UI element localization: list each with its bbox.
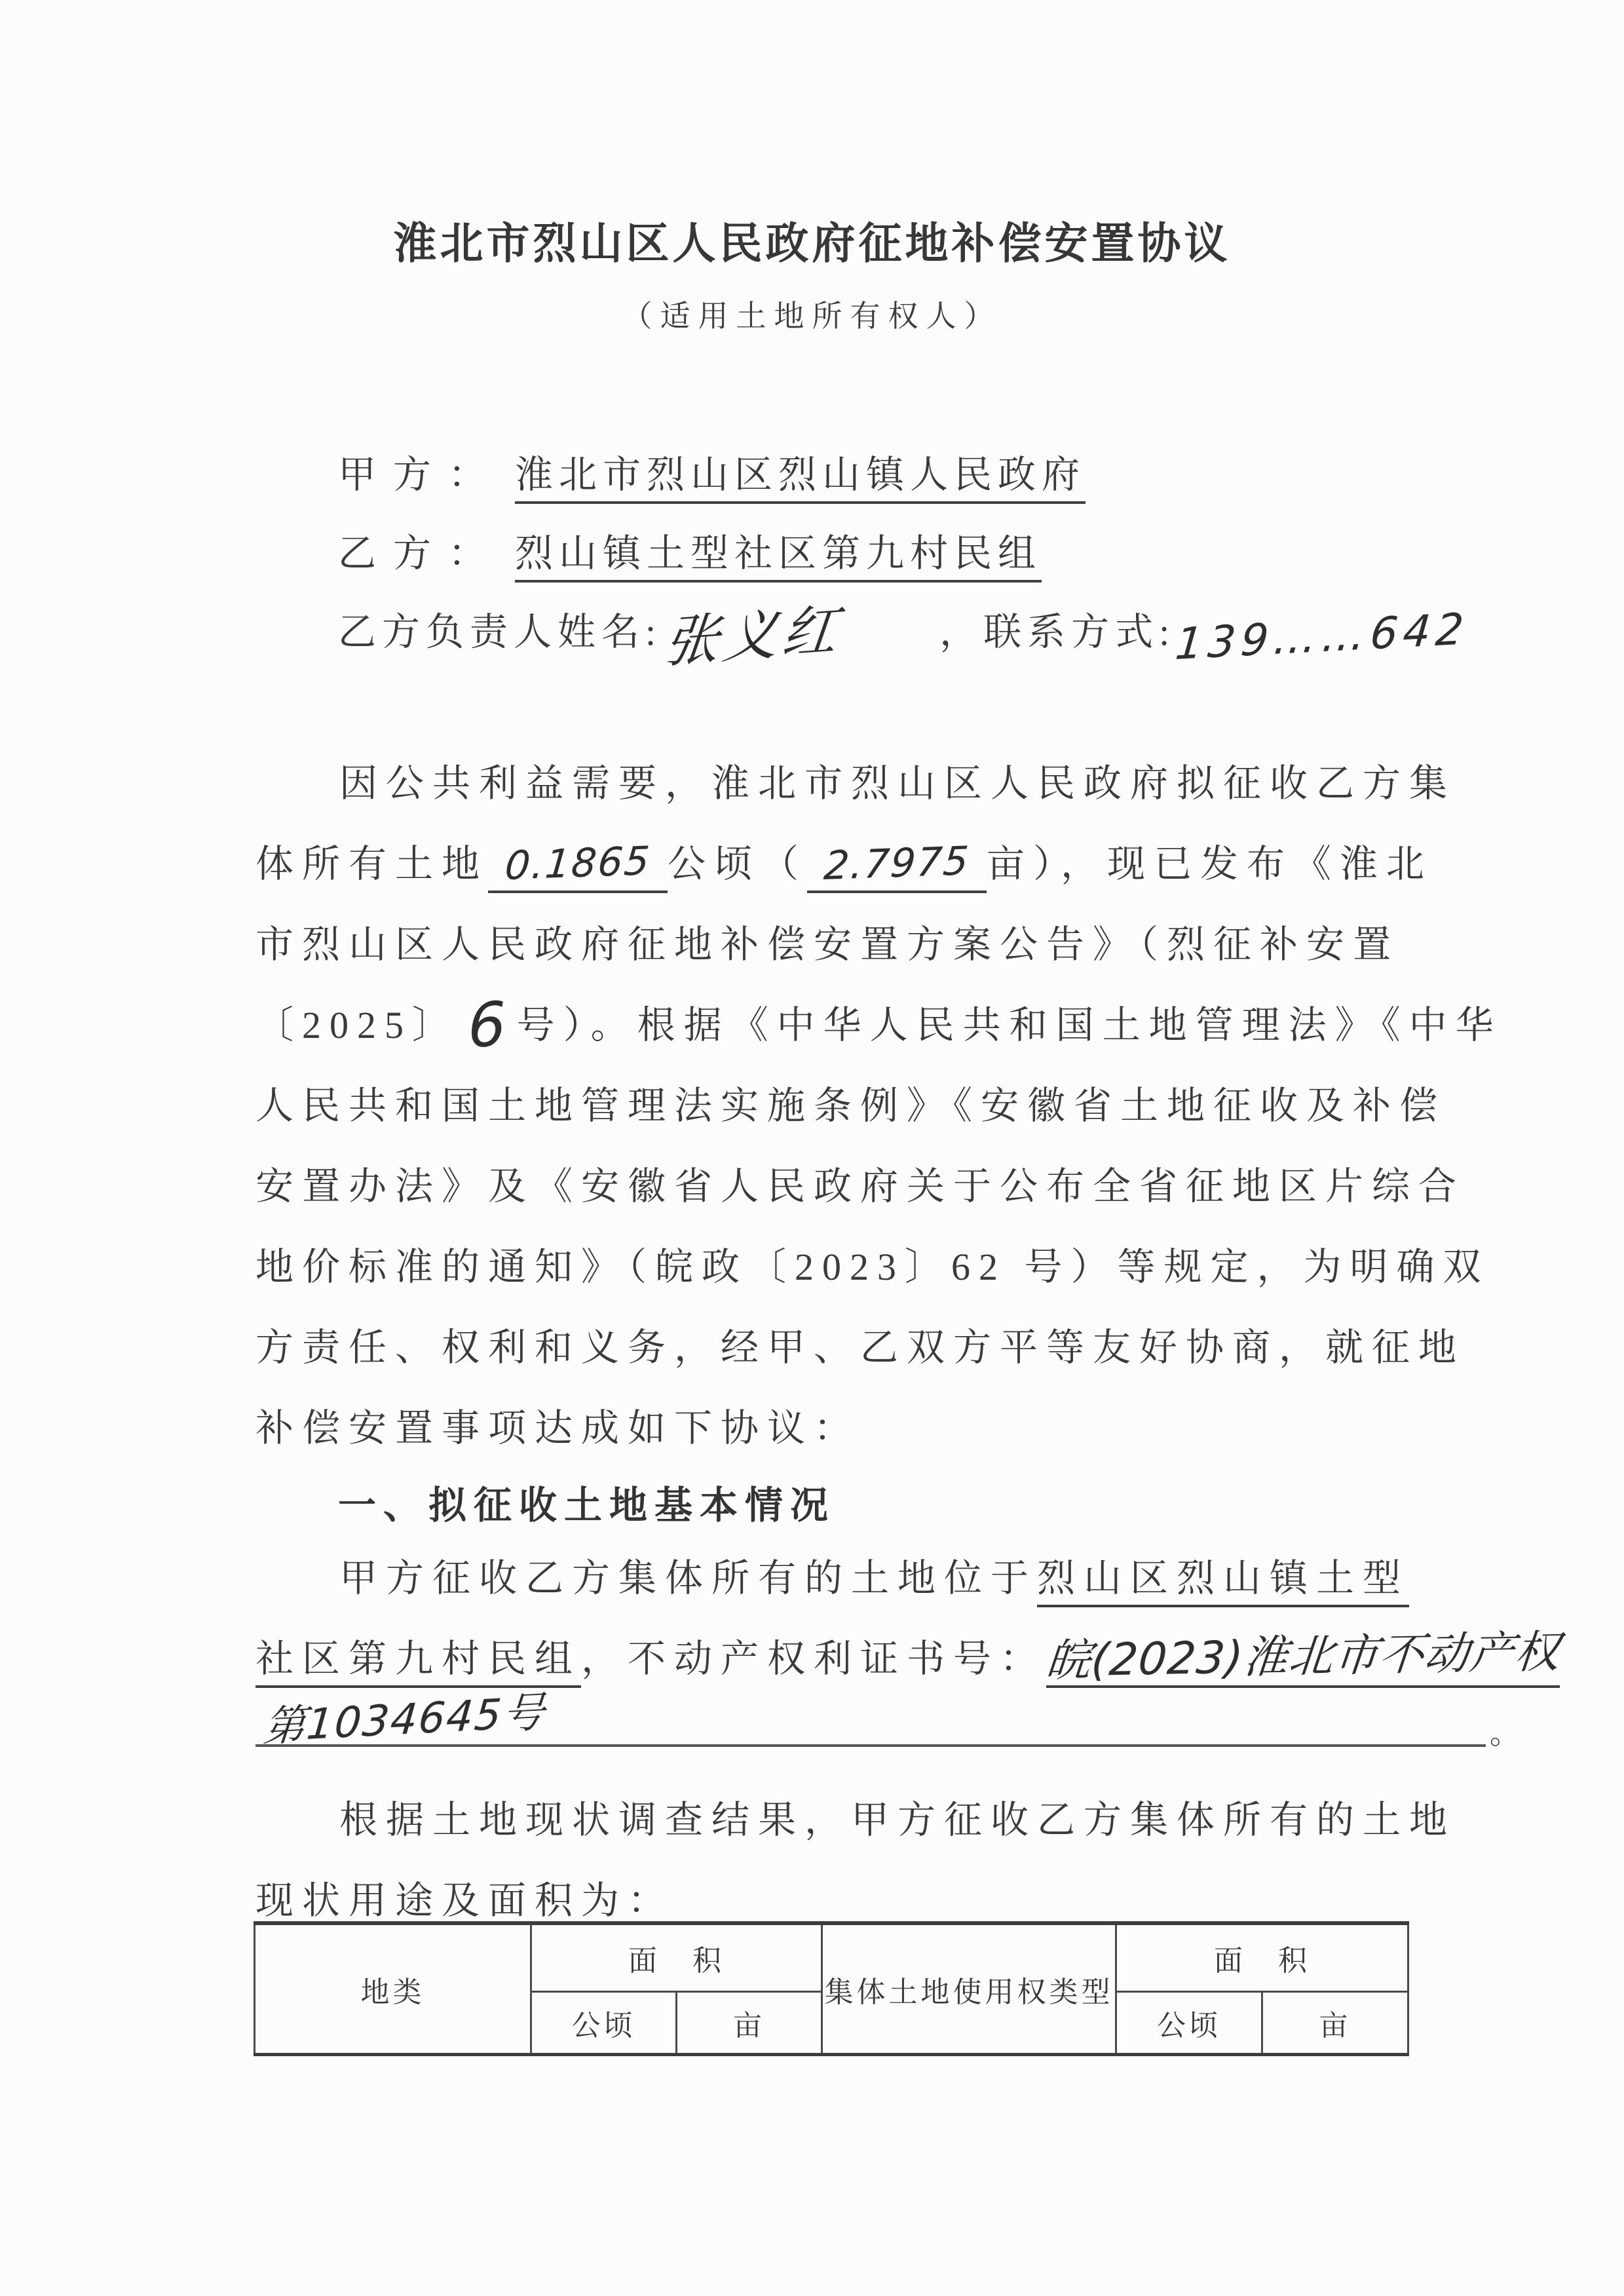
- handwritten-certificate-line2: 第1034645号: [263, 1700, 547, 1741]
- paragraph1-line8: 方责任、权利和义务，经甲、乙双方平等友好协商，就征地: [255, 1324, 1428, 1371]
- paragraph1-line7: 地价标准的通知》（皖政〔2023〕62 号）等规定，为明确双: [255, 1244, 1428, 1291]
- document-page: 淮北市烈山区人民政府征地补偿安置协议 （适用土地所有权人） 甲方：淮北市烈山区烈…: [0, 0, 1624, 2296]
- responsible-name-label: 乙方负责人姓名:: [338, 611, 662, 653]
- handwritten-signature: 张义红: [664, 630, 840, 643]
- section1-certificate-line: 第1034645号。: [255, 1698, 1520, 1747]
- party-b-contact-row: 乙方负责人姓名:张义红，联系方式:139……642: [338, 608, 1452, 657]
- line2-post: 亩），现已发布《淮北: [987, 843, 1433, 885]
- land-location-part2: 社区第九村民组: [255, 1637, 581, 1688]
- th-land-type: 地类: [255, 1923, 531, 2055]
- th-hectare-left: 公顷: [531, 1992, 677, 2055]
- party-b-label: 乙方：: [338, 532, 503, 575]
- sentence-period: 。: [1486, 1721, 1520, 1747]
- paragraph1-line9: 补偿安置事项达成如下协议：: [255, 1405, 1428, 1452]
- line4-post: 号）。根据《中华人民共和国土地管理法》《中华: [517, 1004, 1502, 1046]
- handwritten-area-mu: 2.7975: [806, 844, 988, 883]
- th-mu-left: 亩: [677, 1992, 822, 2055]
- line4-pre: 〔2025〕: [255, 1004, 459, 1046]
- section1-heading: 一、拟征收土地基本情况: [338, 1474, 835, 1529]
- line2-mid: 公顷（: [668, 843, 807, 885]
- th-usage-type: 集体土地使用权类型: [822, 1923, 1116, 2055]
- party-a-label: 甲方：: [338, 453, 503, 496]
- party-b-value: 烈山镇土型社区第九村民组: [515, 532, 1042, 583]
- party-b-row: 乙方：烈山镇土型社区第九村民组: [338, 529, 1452, 578]
- document-subtitle: （适用土地所有权人）: [0, 292, 1624, 335]
- paragraph1-line2: 体所有土地0.1865公顷（2.7975亩），现已发布《淮北: [255, 841, 1428, 888]
- document-title: 淮北市烈山区人民政府征地补偿安置协议: [0, 208, 1624, 271]
- paragraph1-line4: 〔2025〕6号）。根据《中华人民共和国土地管理法》《中华: [255, 1002, 1428, 1049]
- section1-line1: 甲方征收乙方集体所有的土地位于烈山区烈山镇土型: [255, 1555, 1512, 1602]
- land-use-table-wrap: 地类 面 积 集体土地使用权类型 面 积 公顷 亩 公顷 亩: [254, 1921, 1409, 2056]
- blank-underline: [552, 1698, 1486, 1747]
- handwritten-certificate-line1: 皖(2023)淮北市不动产权: [1045, 1639, 1561, 1675]
- section1-line2: 社区第九村民组，不动产权利证书号：皖(2023)淮北市不动产权: [255, 1636, 1428, 1683]
- handwritten-doc-number: 6: [468, 1024, 507, 1027]
- party-a-row: 甲方：淮北市烈山区烈山镇人民政府: [338, 451, 1452, 499]
- land-use-table: 地类 面 积 集体土地使用权类型 面 积 公顷 亩 公顷 亩: [254, 1921, 1409, 2056]
- land-location-part1: 烈山区烈山镇土型: [1037, 1557, 1409, 1607]
- paragraph1-line6: 安置办法》及《安徽省人民政府关于公布全省征地区片综合: [255, 1163, 1428, 1210]
- th-area-right: 面 积: [1116, 1923, 1408, 1992]
- party-a-value: 淮北市烈山区烈山镇人民政府: [515, 453, 1086, 504]
- contact-label: ，联系方式:: [939, 611, 1175, 653]
- th-hectare-right: 公顷: [1116, 1992, 1262, 2055]
- section1-line3: 根据土地现状调查结果，甲方征收乙方集体所有的土地: [255, 1797, 1512, 1844]
- handwritten-phone: 139……642: [1176, 629, 1469, 644]
- th-area-left: 面 积: [531, 1923, 822, 1992]
- section1-line1-pre: 甲方征收乙方集体所有的土地位于: [339, 1557, 1037, 1599]
- paragraph1-line3: 市烈山区人民政府征地补偿安置方案公告》（烈征补安置: [255, 921, 1428, 968]
- section1-line4: 现状用途及面积为：: [255, 1877, 1428, 1924]
- paragraph1-line1: 因公共利益需要，淮北市烈山区人民政府拟征收乙方集: [255, 760, 1512, 807]
- th-mu-right: 亩: [1262, 1992, 1408, 2055]
- line2-pre: 体所有土地: [255, 843, 488, 885]
- handwritten-area-hectares: 0.1865: [487, 844, 669, 883]
- section1-line2-mid: ，不动产权利证书号：: [581, 1637, 1046, 1680]
- paragraph1-line5: 人民共和国土地管理法实施条例》《安徽省土地征收及补偿: [255, 1082, 1428, 1130]
